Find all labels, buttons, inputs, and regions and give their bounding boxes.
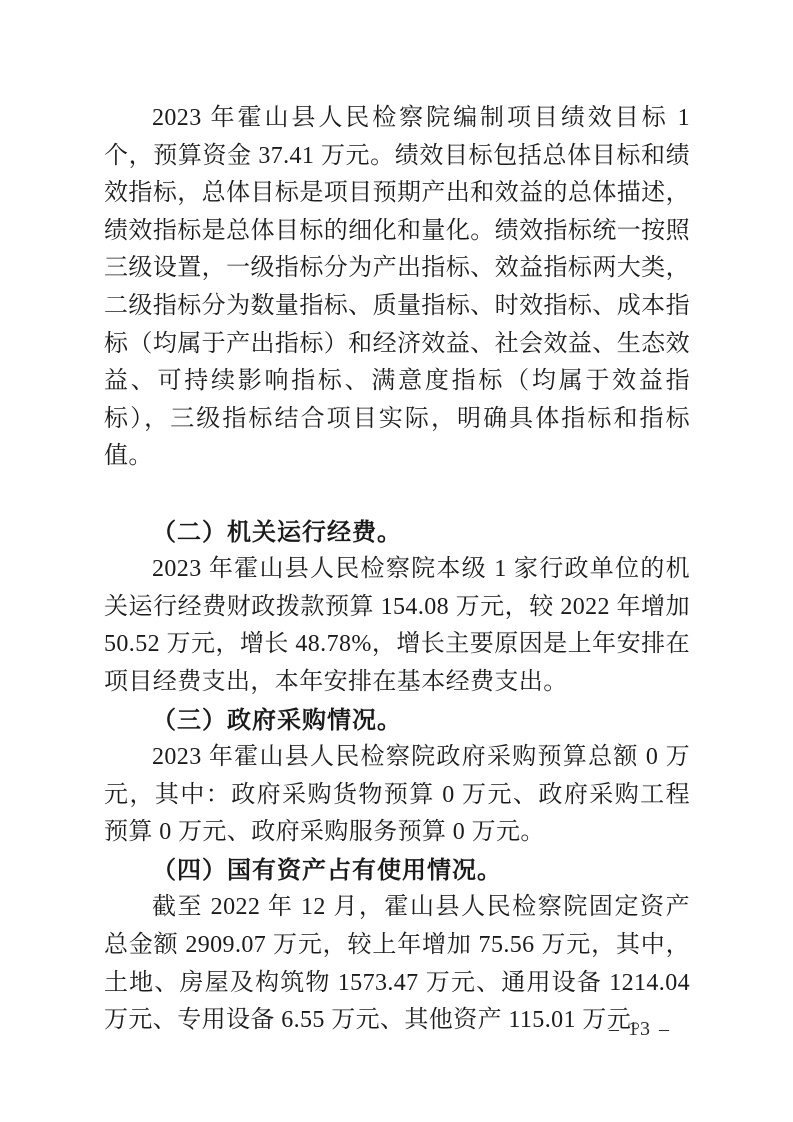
paragraph-performance-goals: 2023 年霍山县人民检察院编制项目绩效目标 1 个，预算资金 37.41 万元… xyxy=(104,100,690,476)
paragraph-government-procurement: 2023 年霍山县人民检察院政府采购预算总额 0 万元，其中：政府采购货物预算 … xyxy=(104,739,690,852)
section-heading-state-owned-assets: （四）国有资产占有使用情况。 xyxy=(104,852,690,890)
paragraph-organ-operating-expenses: 2023 年霍山县人民检察院本级 1 家行政单位的机关运行经费财政拨款预算 15… xyxy=(104,551,690,701)
page-number: – 13 – xyxy=(609,1017,671,1041)
document-page: 2023 年霍山县人民检察院编制项目绩效目标 1 个，预算资金 37.41 万元… xyxy=(0,0,793,1122)
document-body: 2023 年霍山县人民检察院编制项目绩效目标 1 个，预算资金 37.41 万元… xyxy=(104,100,690,1040)
paragraph-state-owned-assets: 截至 2022 年 12 月，霍山县人民检察院固定资产总金额 2909.07 万… xyxy=(104,889,690,1039)
section-heading-organ-operating-expenses: （二）机关运行经费。 xyxy=(104,514,690,552)
section-heading-government-procurement: （三）政府采购情况。 xyxy=(104,702,690,740)
